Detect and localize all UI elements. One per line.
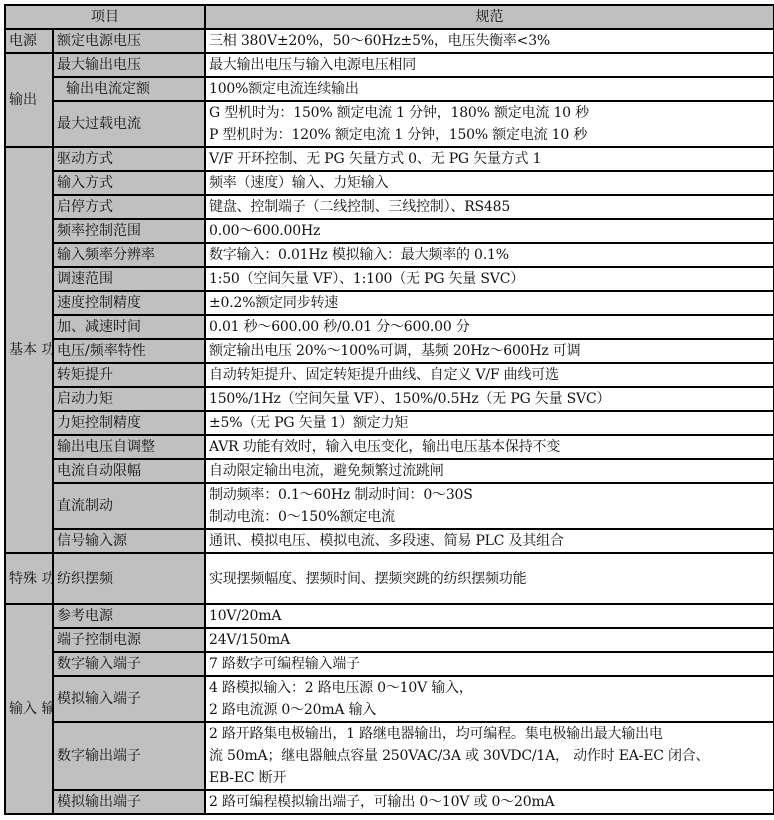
- spec-value: ±0.2%额定同步转速: [205, 291, 774, 315]
- header-spec: 规范: [205, 5, 774, 29]
- spec-value: 频率（速度）输入、力矩输入: [205, 171, 774, 195]
- item-label: 额定电源电压: [53, 29, 205, 53]
- category-output: 输出: [5, 53, 53, 147]
- item-label: 输出电压自调整: [53, 435, 205, 459]
- spec-value: 0.00～600.00Hz: [205, 219, 774, 243]
- category-special-functions: 特殊 功能: [5, 553, 53, 604]
- spec-table: 项目 规范 电源 额定电源电压 三相 380V±20%，50～60Hz±5%，电…: [4, 4, 774, 815]
- spec-line: P 型机时为：120% 额定电流 1 分钟，150% 额定电流 10 秒: [209, 124, 770, 146]
- table-row: 特殊 功能 纺织摆频 实现摆频幅度、摆频时间、摆频突跳的纺织摆频功能: [5, 553, 774, 604]
- table-row: 输入 输出 功能 参考电源 10V/20mA: [5, 604, 774, 628]
- item-label: 输入方式: [53, 171, 205, 195]
- spec-value: 100%额定电流连续输出: [205, 77, 774, 101]
- item-label: 频率控制范围: [53, 219, 205, 243]
- spec-value: 1:50（空间矢量 VF）、1:100（无 PG 矢量 SVC）: [205, 267, 774, 291]
- spec-value: V/F 开环控制、无 PG 矢量方式 0、无 PG 矢量方式 1: [205, 147, 774, 171]
- table-row: 电压/频率特性 额定输出电压 20%～100%可调，基频 20Hz～600Hz …: [5, 339, 774, 363]
- table-row: 数字输出端子 2 路开路集电极输出，1 路继电器输出，均可编程。集电极输出最大输…: [5, 722, 774, 790]
- spec-value: 4 路模拟输入：2 路电压源 0～10V 输入， 2 路电流源 0～20mA 输…: [205, 676, 774, 722]
- category-line: 输出: [41, 701, 53, 717]
- category-basic-functions: 基本 功能: [5, 147, 53, 553]
- spec-line: 制动频率：0.1～60Hz 制动时间：0～30S: [209, 484, 770, 506]
- item-label: 输出电流定额: [53, 77, 205, 101]
- table-row: 直流制动 制动频率：0.1～60Hz 制动时间：0～30S 制动电流：0～150…: [5, 483, 774, 529]
- spec-value: 数字输入：0.01Hz 模拟输入：最大频率的 0.1%: [205, 243, 774, 267]
- spec-value: 自动转矩提升、固定转矩提升曲线、自定义 V/F 曲线可选: [205, 363, 774, 387]
- table-row: 基本 功能 驱动方式 V/F 开环控制、无 PG 矢量方式 0、无 PG 矢量方…: [5, 147, 774, 171]
- spec-value: 最大输出电压与输入电源电压相同: [205, 53, 774, 77]
- spec-value: G 型机时为：150% 额定电流 1 分钟，180% 额定电流 10 秒 P 型…: [205, 101, 774, 147]
- item-label: 数字输出端子: [53, 722, 205, 790]
- table-row: 模拟输出端子 2 路可编程模拟输出端子，可输出 0～10V 或 0～20mA: [5, 790, 774, 814]
- spec-value: AVR 功能有效时，输入电压变化，输出电压基本保持不变: [205, 435, 774, 459]
- spec-value: 10V/20mA: [205, 604, 774, 628]
- item-label: 最大过载电流: [53, 101, 205, 147]
- table-row: 输出 最大输出电压 最大输出电压与输入电源电压相同: [5, 53, 774, 77]
- table-row: 启动力矩 150%/1Hz（空间矢量 VF）、150%/0.5Hz（无 PG 矢…: [5, 387, 774, 411]
- table-row: 数字输入端子 7 路数字可编程输入端子: [5, 652, 774, 676]
- spec-value: 自动限定输出电流，避免频繁过流跳闸: [205, 459, 774, 483]
- table-row: 输出电压自调整 AVR 功能有效时，输入电压变化，输出电压基本保持不变: [5, 435, 774, 459]
- table-row: 端子控制电源 24V/150mA: [5, 628, 774, 652]
- header-row: 项目 规范: [5, 5, 774, 29]
- table-row: 模拟输入端子 4 路模拟输入：2 路电压源 0～10V 输入， 2 路电流源 0…: [5, 676, 774, 722]
- item-label: 力矩控制精度: [53, 411, 205, 435]
- spec-value: 24V/150mA: [205, 628, 774, 652]
- spec-line: 4 路模拟输入：2 路电压源 0～10V 输入，: [209, 677, 770, 699]
- spec-value: 0.01 秒～600.00 秒/0.01 分～600.00 分: [205, 315, 774, 339]
- item-label: 驱动方式: [53, 147, 205, 171]
- item-label: 模拟输出端子: [53, 790, 205, 814]
- table-row: 最大过载电流 G 型机时为：150% 额定电流 1 分钟，180% 额定电流 1…: [5, 101, 774, 147]
- table-row: 力矩控制精度 ±5%（无 PG 矢量 1）额定力矩: [5, 411, 774, 435]
- table-row: 启停方式 键盘、控制端子（二线控制、三线控制）、RS485: [5, 195, 774, 219]
- spec-value: 额定输出电压 20%～100%可调，基频 20Hz～600Hz 可调: [205, 339, 774, 363]
- table-row: 转矩提升 自动转矩提升、固定转矩提升曲线、自定义 V/F 曲线可选: [5, 363, 774, 387]
- table-row: 信号输入源 通讯、模拟电压、模拟电流、多段速、简易 PLC 及其组合: [5, 529, 774, 553]
- spec-value: 实现摆频幅度、摆频时间、摆频突跳的纺织摆频功能: [205, 553, 774, 604]
- spec-line: 制动电流：0～150%额定电流: [209, 506, 770, 528]
- item-label: 最大输出电压: [53, 53, 205, 77]
- category-line: 特殊: [9, 571, 37, 587]
- spec-value: 三相 380V±20%，50～60Hz±5%，电压失衡率<3%: [205, 29, 774, 53]
- category-io-functions: 输入 输出 功能: [5, 604, 53, 814]
- table-row: 电流自动限幅 自动限定输出电流，避免频繁过流跳闸: [5, 459, 774, 483]
- item-label: 速度控制精度: [53, 291, 205, 315]
- table-row: 调速范围 1:50（空间矢量 VF）、1:100（无 PG 矢量 SVC）: [5, 267, 774, 291]
- item-label: 信号输入源: [53, 529, 205, 553]
- category-line: 功能: [41, 342, 53, 358]
- spec-value: 通讯、模拟电压、模拟电流、多段速、简易 PLC 及其组合: [205, 529, 774, 553]
- spec-line: EB-EC 断开: [209, 767, 770, 789]
- table-row: 加、减速时间 0.01 秒～600.00 秒/0.01 分～600.00 分: [5, 315, 774, 339]
- item-label: 输入频率分辨率: [53, 243, 205, 267]
- spec-value: ±5%（无 PG 矢量 1）额定力矩: [205, 411, 774, 435]
- item-label: 启动力矩: [53, 387, 205, 411]
- item-label: 参考电源: [53, 604, 205, 628]
- item-label: 纺织摆频: [53, 553, 205, 604]
- item-label: 电压/频率特性: [53, 339, 205, 363]
- item-label: 转矩提升: [53, 363, 205, 387]
- item-label: 电流自动限幅: [53, 459, 205, 483]
- table-row: 速度控制精度 ±0.2%额定同步转速: [5, 291, 774, 315]
- item-label: 模拟输入端子: [53, 676, 205, 722]
- item-label: 调速范围: [53, 267, 205, 291]
- table-row: 电源 额定电源电压 三相 380V±20%，50～60Hz±5%，电压失衡率<3…: [5, 29, 774, 53]
- item-label: 加、减速时间: [53, 315, 205, 339]
- item-label: 直流制动: [53, 483, 205, 529]
- spec-line: G 型机时为：150% 额定电流 1 分钟，180% 额定电流 10 秒: [209, 102, 770, 124]
- table-row: 输入方式 频率（速度）输入、力矩输入: [5, 171, 774, 195]
- spec-value: 2 路开路集电极输出，1 路继电器输出，均可编程。集电极输出最大输出电 流 50…: [205, 722, 774, 790]
- category-line: 功能: [41, 571, 53, 587]
- table-row: 频率控制范围 0.00～600.00Hz: [5, 219, 774, 243]
- category-line: 输入: [9, 701, 37, 717]
- table-row: 输出电流定额 100%额定电流连续输出: [5, 77, 774, 101]
- header-item: 项目: [5, 5, 205, 29]
- spec-line: 2 路开路集电极输出，1 路继电器输出，均可编程。集电极输出最大输出电: [209, 723, 770, 745]
- item-label: 启停方式: [53, 195, 205, 219]
- spec-value: 150%/1Hz（空间矢量 VF）、150%/0.5Hz（无 PG 矢量 SVC…: [205, 387, 774, 411]
- spec-line: 流 50mA；继电器触点容量 250VAC/3A 或 30VDC/1A， 动作时…: [209, 745, 770, 767]
- spec-value: 键盘、控制端子（二线控制、三线控制）、RS485: [205, 195, 774, 219]
- item-label: 数字输入端子: [53, 652, 205, 676]
- category-line: 基本: [9, 342, 37, 358]
- spec-value: 制动频率：0.1～60Hz 制动时间：0～30S 制动电流：0～150%额定电流: [205, 483, 774, 529]
- spec-line: 2 路电流源 0～20mA 输入: [209, 699, 770, 721]
- spec-value: 7 路数字可编程输入端子: [205, 652, 774, 676]
- spec-value: 2 路可编程模拟输出端子，可输出 0～10V 或 0～20mA: [205, 790, 774, 814]
- table-row: 输入频率分辨率 数字输入：0.01Hz 模拟输入：最大频率的 0.1%: [5, 243, 774, 267]
- item-label: 端子控制电源: [53, 628, 205, 652]
- category-power: 电源: [5, 29, 53, 53]
